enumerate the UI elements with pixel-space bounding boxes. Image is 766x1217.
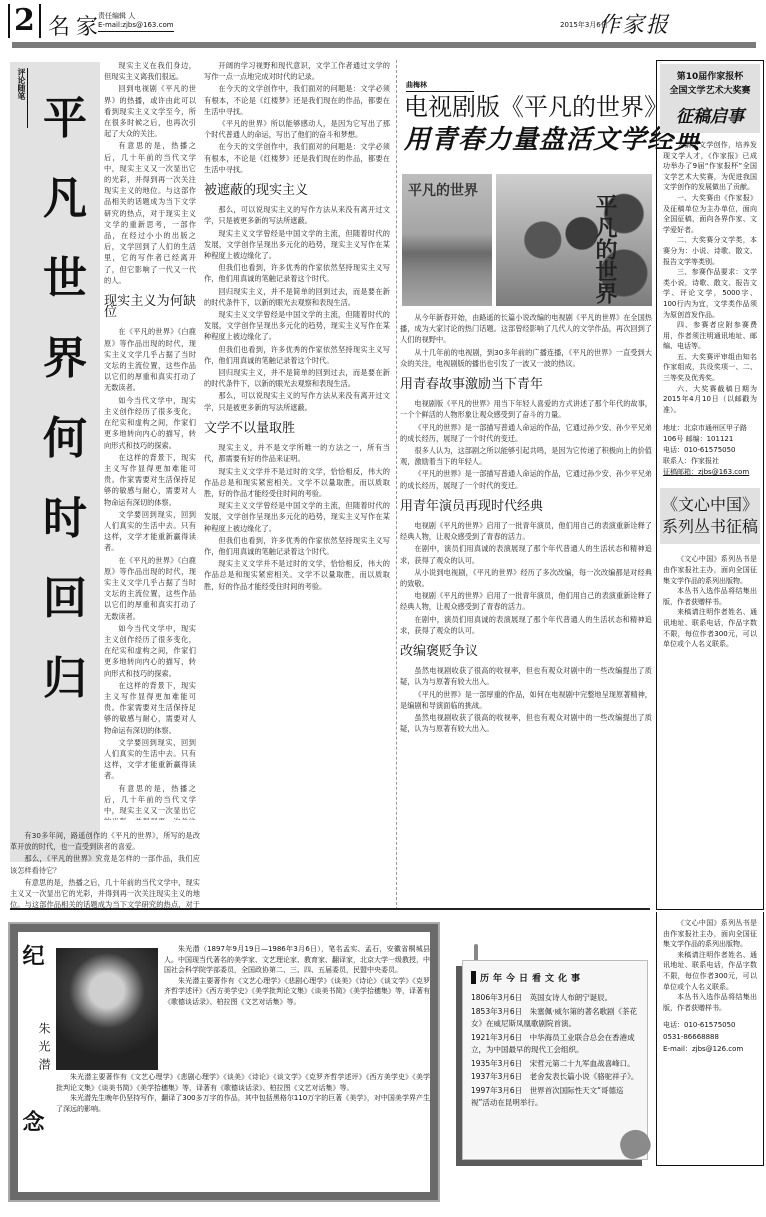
paragraph: 《文心中国》系列丛书是由作家报社主办，面向全国征集文学作品的系列出版物。 <box>663 918 757 950</box>
section-name: 名家 <box>48 10 104 41</box>
paragraph: 朱光潜（1897年9月19日—1986年3月6日），笔名孟实、孟石，安徽省桐城县… <box>164 944 430 976</box>
history-item: 1935年3月6日 宋哲元第二十九军血战喜峰口。 <box>471 1058 639 1071</box>
address: 地址：北京市通州区甲子路106号 邮编：101121 <box>663 423 757 445</box>
section-divider <box>10 908 650 910</box>
series-body: 《文心中国》系列丛书是由作家报社主办，面向全国征集文学作品的系列出版物。 本丛书… <box>657 550 763 653</box>
series-contact-box: 《文心中国》系列丛书是由作家报社主办，面向全国征集文学作品的系列出版物。 来稿请… <box>656 912 764 1166</box>
paragraph: 在《平凡的世界》《白鹿原》等作品出现的时代，现实主义文学几乎占据了当时文坛的主流… <box>104 326 196 393</box>
paragraph: 《平凡的世界》是一部描写普通人命运的作品，它通过孙少安、孙少平兄弟的成长经历，展… <box>400 422 652 444</box>
paragraph: 开阔的学习视野和现代意识，文学工作者通过文学的写作一点一点地完成对时代的记录。 <box>204 60 390 82</box>
paragraph: 有意思的是，热播之后，几十年前的当代文学中，现实主义又一次显出它的光彩，并得到再… <box>104 783 196 820</box>
paragraph: 回到电视剧《平凡的世界》的热播，或许由此可以看到现实主义文学至今，所在很多时候之… <box>104 83 196 139</box>
subheading: 被遮蔽的现实主义 <box>204 185 390 196</box>
paragraph: 电视剧《平凡的世界》启用了一批青年演员，他们用自己的表演重新诠释了经典人物，让观… <box>400 520 652 542</box>
paragraph: 在《平凡的世界》《白鹿原》等作品出现的时代，现实主义文学几乎占据了当时文坛的主流… <box>104 555 196 622</box>
subheading: 用青春故事激励当下青年 <box>400 379 652 390</box>
paragraph: 但我们也看到，许多优秀的作家依然坚持现实主义写作，他们用真诚的笔触记录着这个时代… <box>204 344 390 366</box>
contest-title-1: 第10届作家报杯 <box>662 70 758 84</box>
paragraph: 《平凡的世界》是一部厚重的作品，如何在电视剧中完整地呈现原著精神，是编剧和导演面… <box>400 689 652 711</box>
tv-poster-image: 平凡的世界 <box>496 174 652 306</box>
paragraph: 文学要回到现实，回到人们真实的生活中去。只有这样，文学才能重新赢得读者。 <box>104 509 196 554</box>
phone: 电话：010-61575050 <box>663 445 757 456</box>
history-item: 1806年3月6日 英国女诗人布朗宁诞辰。 <box>471 992 639 1005</box>
contest-body: 为繁荣文学创作，培养发现文学人才，《作家报》已成功举办了9届“作家报杯”全国文学… <box>657 136 763 419</box>
series-contact: 电话：010-61575050 0531-86668888 E-mail：zjb… <box>663 1019 757 1055</box>
editor-info: 责任编辑 人 E-mail:zjbs@163.com <box>98 12 174 32</box>
paragraph: 朱光潜主要著作有《文艺心理学》《悲剧心理学》《谈美》《诗论》《谈文学》《克罗齐哲… <box>56 1072 430 1093</box>
title-char: 世 <box>43 250 87 308</box>
portrait-photo <box>56 948 158 1070</box>
paragraph: 有意思的是，热播之后，几十年前的当代文学中，现实主义又一次显出它的光彩，并得到再… <box>10 877 200 910</box>
column-tag: 评论随笔 <box>16 68 28 128</box>
paragraph: 但我们也看到，许多优秀的作家依然坚持现实主义写作，他们用真诚的笔触记录着这个时代… <box>204 535 390 557</box>
paragraph: 在这样的背景下，现实主义写作显得更加难能可贵。作家需要对生活保持足够的敏感与耐心… <box>104 452 196 508</box>
subheading: 文学不以量取胜 <box>204 423 390 434</box>
paragraph: 有意思的是，热播之后，几十年前的当代文学中，现实主义又一次显出它的光彩，并得到再… <box>104 140 196 286</box>
title-char: 平 <box>43 90 87 148</box>
essay-column-2: 开阔的学习视野和现代意识，文学工作者通过文学的写作一点一点地完成对时代的记录。 … <box>204 60 390 910</box>
subheading: 现实主义为何缺位 <box>104 296 196 318</box>
column-divider <box>396 60 397 910</box>
paragraph: 六、大奖赛截稿日期为2015年4月10日（以邮戳为准）。 <box>663 384 757 416</box>
subheading: 用青年演员再现时代经典 <box>400 501 652 512</box>
phone: 电话：010-61575050 <box>663 1019 757 1031</box>
paragraph: 来稿请注明作者姓名、通讯地址、联系电话，作品字数不限，每位作者300元，可以单位… <box>663 607 757 649</box>
paragraph: 那么，可以说现实主义的写作方法从来没有离开过文学，只是被更多新的写法所遮蔽。 <box>204 204 390 226</box>
paragraph: 三、参赛作品要求：文学类小说，诗歌、散文、报告文学、评论文学，5000字、100… <box>663 267 757 320</box>
history-item: 1853年3月6日 朱塞佩·威尔第的著名歌剧《茶花女》在威尼斯凤凰歌剧院首演。 <box>471 1006 639 1031</box>
poster-title: 平凡的世界 <box>594 194 616 304</box>
series-header: 《文心中国》 系列丛书征稿 <box>660 488 760 544</box>
paragraph: 那么，《平凡的世界》究竟是怎样的一部作品，我们应该怎样看待它？ <box>10 853 200 875</box>
masthead: 2 名家 责任编辑 人 E-mail:zjbs@163.com 2015年3月6… <box>0 0 766 44</box>
paragraph: 如今当代文学中，现实主义创作经历了很多变化，在纪实和虚构之间，作家们更多地转向内… <box>104 623 196 679</box>
book-cover-image: 平凡的世界 <box>402 174 492 306</box>
paragraph: 朱光潜主要著作有《文艺心理学》《悲剧心理学》《谈美》《诗论》《谈文学》《克罗齐哲… <box>164 976 430 1008</box>
paragraph: 在剧中，演员们用真诚的表演展现了那个年代普通人的生活状态和精神追求，获得了观众的… <box>400 614 652 636</box>
paragraph: 从小说到电视剧，《平凡的世界》经历了多次改编，每一次改编都是对经典的致敬。 <box>400 567 652 589</box>
memorial-heading-2: 念 <box>16 1110 47 1132</box>
paragraph: 为繁荣文学创作，培养发现文学人才，《作家报》已成功举办了9届“作家报杯”全国文学… <box>663 140 757 193</box>
paragraph: 现实主义文学并不是过时的文学，恰恰相反，伟大的作品总是和现实紧密相关。文学不以量… <box>204 466 390 500</box>
paragraph: 从今年新春开始，由路遥的长篇小说改编的电视剧《平凡的世界》在全国热播，成为大家讨… <box>400 312 652 346</box>
paragraph: 《文心中国》系列丛书是由作家报社主办，面向全国征集文学作品的系列出版物。 <box>663 554 757 586</box>
history-item: 1921年3月6日 中华海员工业联合总会在香港成立，为中国最早的现代工会组织。 <box>471 1032 639 1057</box>
email-link[interactable]: E-mail：zjbs@126.com <box>663 1043 757 1055</box>
phone-2: 0531-86668888 <box>663 1031 757 1043</box>
paragraph: 现实主义文学曾经是中国文学的主流，但随着时代的发展，文学创作呈现出多元化的趋势，… <box>204 228 390 262</box>
feature-title: 平 凡 世 界 何 时 回 归 <box>40 90 90 708</box>
paragraph: 现实主义文学曾经是中国文学的主流，但随着时代的发展，文学创作呈现出多元化的趋势，… <box>204 309 390 343</box>
series-title-1: 《文心中国》 <box>662 494 758 516</box>
paragraph: 现实主义文学曾经是中国文学的主流，但随着时代的发展，文学创作呈现出多元化的趋势，… <box>204 500 390 534</box>
contest-title-2: 全国文学艺术大奖赛 <box>662 84 758 98</box>
page-number: 2 <box>8 4 41 38</box>
contest-header: 第10届作家报杯 全国文学艺术大奖赛 征稿启事 <box>660 64 760 133</box>
newspaper-logo: 作家报 <box>598 8 670 39</box>
paragraph: 在今天的文学创作中，我们面对的问题是：文学必须有根本，不论是《红楼梦》还是我们现… <box>204 83 390 117</box>
paragraph: 现实主义，并不是文学所唯一的方法之一，所有当代，都需要有好的作品来证明。 <box>204 442 390 464</box>
essay-column-1-bottom: 有30多年间，路遥创作的《平凡的世界》，所写的是改革开放的时代，也一直受到读者的… <box>10 830 200 910</box>
paragraph: 《平凡的世界》是一部描写普通人命运的作品，它通过孙少安、孙少平兄弟的成长经历，展… <box>400 468 652 490</box>
email-line: E-mail:zjbs@163.com <box>98 21 174 30</box>
contest-title-3: 征稿启事 <box>662 102 758 127</box>
series-body-cont: 《文心中国》系列丛书是由作家报社主办，面向全国征集文学作品的系列出版物。 来稿请… <box>663 918 757 1013</box>
title-char: 回 <box>43 570 87 628</box>
editor-line: 责任编辑 人 <box>98 12 174 21</box>
contact-person: 联系人：作家报社 <box>663 456 757 467</box>
paragraph: 电视剧版《平凡的世界》用当下年轻人喜爱的方式讲述了那个年代的故事，一个个鲜活的人… <box>400 398 652 420</box>
memorial-heading-1: 纪 <box>16 944 47 966</box>
history-note-card: 历年今日看文化事 1806年3月6日 英国女诗人布朗宁诞辰。 1853年3月6日… <box>462 960 648 1160</box>
byline: 曲梅林 <box>406 80 474 92</box>
memorial-text-top: 朱光潜（1897年9月19日—1986年3月6日），笔名孟实、孟石，安徽省桐城县… <box>164 944 430 1072</box>
history-item: 1997年3月6日 世界首次国际性天文“哥德巡视”活动在昆明举行。 <box>471 1085 639 1110</box>
memorial-person-name: 朱光潜 <box>36 1022 53 1076</box>
paragraph: 从十几年前的电视剧，到30多年前的广播连播，《平凡的世界》一直受到大众的关注，电… <box>400 347 652 369</box>
paragraph: 但我们也看到，许多优秀的作家依然坚持现实主义写作，他们用真诚的笔触记录着这个时代… <box>204 262 390 284</box>
title-char: 凡 <box>43 170 87 228</box>
headline: 电视剧版《平凡的世界》： <box>404 92 680 122</box>
paragraph: 虽然电视剧收获了很高的收视率，但也有观众对剧中的一些改编提出了质疑，认为与原著有… <box>400 665 652 687</box>
paragraph: 来稿请注明作者姓名、通讯地址、联系电话，作品字数不限，每位作者300元，可以单位… <box>663 950 757 992</box>
paragraph: 朱光潜先生晚年仍坚持写作，翻译了300多万字的作品，其中包括黑格尔110万字的巨… <box>56 1093 430 1114</box>
title-char: 时 <box>43 490 87 548</box>
paragraph: 二、大奖赛分文学类，本赛分为：小说、诗歌、散文、报告文学等类别。 <box>663 235 757 267</box>
series-title-2: 系列丛书征稿 <box>662 516 758 538</box>
title-char: 何 <box>43 410 87 468</box>
paragraph: 本丛书入选作品将结集出版，作者获赠样书。 <box>663 586 757 607</box>
contest-contact: 地址：北京市通州区甲子路106号 邮编：101121 电话：010-615750… <box>657 419 763 482</box>
contest-notice-box: 第10届作家报杯 全国文学艺术大奖赛 征稿启事 为繁荣文学创作，培养发现文学人才… <box>656 60 764 910</box>
paragraph: 文学要回到现实，回到人们真实的生活中去。只有这样，文学才能重新赢得读者。 <box>104 737 196 782</box>
subheading: 改编褒贬争议 <box>400 646 652 657</box>
paragraph: 那么，可以说现实主义的写作方法从来没有离开过文学，只是被更多新的写法所遮蔽。 <box>204 390 390 412</box>
paragraph: 一、大奖赛由《作家报》及征稿单位为主办单位，面向全国征稿，面向各界作家、文学爱好… <box>663 193 757 235</box>
paragraph: 虽然电视剧收获了很高的收视率，但也有观众对剧中的一些改编提出了质疑，认为与原著有… <box>400 712 652 734</box>
paragraph: 有30多年间，路遥创作的《平凡的世界》，所写的是改革开放的时代，也一直受到读者的… <box>10 830 200 852</box>
tv-article-body: 从今年新春开始，由路遥的长篇小说改编的电视剧《平凡的世界》在全国热播，成为大家讨… <box>400 312 652 910</box>
paragraph: 本丛书入选作品将结集出版，作者获赠样书。 <box>663 992 757 1013</box>
memorial-text-bottom: 朱光潜主要著作有《文艺心理学》《悲剧心理学》《谈美》《诗论》《谈文学》《克罗齐哲… <box>56 1072 430 1184</box>
paragraph: 回归现实主义，并不是简单的回到过去，而是要在新的时代条件下，以新的眼光去观察和表… <box>204 367 390 389</box>
note-title: 历年今日看文化事 <box>471 971 639 984</box>
email-link[interactable]: 征稿邮箱：zjbs@163.com <box>663 467 757 478</box>
book-cover-title: 平凡的世界 <box>402 174 492 206</box>
paragraph: 很多人认为，这部剧之所以能够引起共鸣，是因为它传递了积极向上的价值观，激励着当下… <box>400 445 652 467</box>
paragraph: 在剧中，演员们用真诚的表演展现了那个年代普通人的生活状态和精神追求，获得了观众的… <box>400 543 652 565</box>
paragraph: 现实主义在我们身边，但现实主义离我们很远。 <box>104 60 196 82</box>
header-divider <box>12 42 756 48</box>
paragraph: 如今当代文学中，现实主义创作经历了很多变化，在纪实和虚构之间，作家们更多地转向内… <box>104 395 196 451</box>
paragraph: 《平凡的世界》所以能够感动人，是因为它写出了那个时代普通人的命运，写出了他们的奋… <box>204 118 390 140</box>
paragraph: 现实主义文学并不是过时的文学，恰恰相反，伟大的作品总是和现实紧密相关。文学不以量… <box>204 558 390 592</box>
paragraph: 在这样的背景下，现实主义写作显得更加难能可贵。作家需要对生活保持足够的敏感与耐心… <box>104 680 196 736</box>
paragraph: 四、参赛者应附参赛费用，作者须注明通讯地址、邮编、电话等。 <box>663 320 757 352</box>
paragraph: 五、大奖赛评审组由知名作家组成，共设奖项一、二、三等奖及优秀奖。 <box>663 352 757 384</box>
title-char: 归 <box>43 650 87 708</box>
paragraph: 回归现实主义，并不是简单的回到过去，而是要在新的时代条件下，以新的眼光去观察和表… <box>204 286 390 308</box>
title-char: 界 <box>43 330 87 388</box>
essay-column-1: 现实主义在我们身边，但现实主义离我们很远。 回到电视剧《平凡的世界》的热播，或许… <box>104 60 196 820</box>
paragraph: 电视剧《平凡的世界》启用了一批青年演员，他们用自己的表演重新诠释了经典人物，让观… <box>400 590 652 612</box>
history-item: 1937年3月6日 老舍发表长篇小说《骆驼祥子》。 <box>471 1071 639 1084</box>
paragraph: 在今天的文学创作中，我们面对的问题是：文学必须有根本，不论是《红楼梦》还是我们现… <box>204 141 390 175</box>
